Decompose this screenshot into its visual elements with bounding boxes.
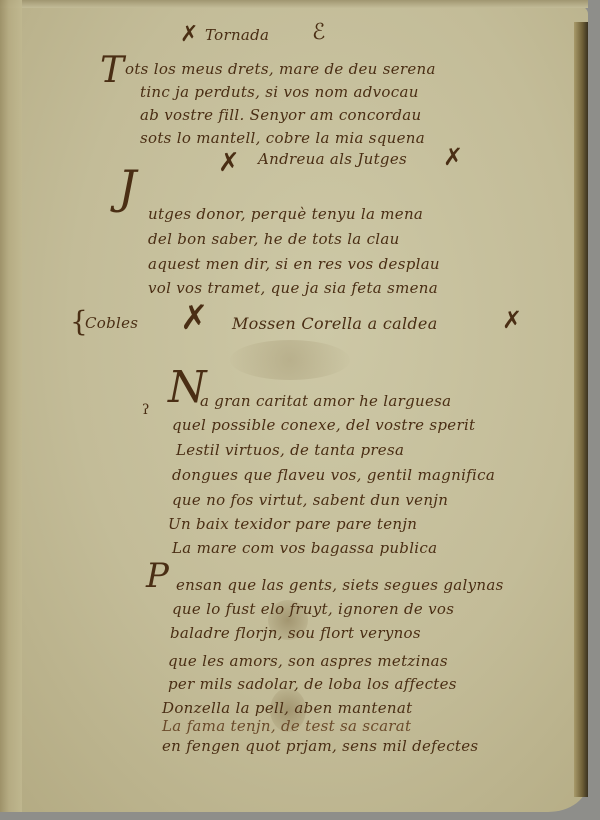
- verse-line: sots lo mantell, cobre la mia squena: [140, 129, 425, 147]
- rubric-flourish-icon: ✗: [180, 298, 209, 338]
- verse-line: que lo fust elo fruyt, ignoren de vos: [172, 600, 454, 618]
- show-through-stain: [230, 340, 350, 380]
- rubric-flourish-icon: ✗: [180, 22, 198, 47]
- verse-line: que no fos virtut, sabent dun venjn: [172, 491, 448, 509]
- verse-line: ab vostre fill. Senyor am concordau: [140, 106, 421, 124]
- verse-line: a gran caritat amor he larguesa: [200, 392, 451, 410]
- rubric-flourish-icon: ✗: [443, 143, 463, 171]
- verse-line: Donzella la pell, aben mantenat: [162, 699, 412, 717]
- verse-line: en fengen quot prjam, sens mil defectes: [162, 737, 478, 755]
- initial-letter: P: [146, 556, 169, 596]
- rubric-heading: Mossen Corella a caldea: [232, 314, 438, 333]
- verse-line: dongues que flaveu vos, gentil magnifica: [172, 466, 495, 484]
- verse-line: La fama tenjn, de test sa scarat: [162, 717, 411, 735]
- rubric-flourish-icon: ✗: [502, 306, 522, 334]
- rubric-flourish-icon: ✗: [218, 148, 240, 178]
- verse-line: ots los meus drets, mare de deu serena: [125, 60, 436, 78]
- verse-line: tinc ja perduts, si vos nom advocau: [140, 83, 419, 101]
- verse-line: quel possible conexe, del vostre sperit: [172, 416, 475, 434]
- margin-mark-icon: ʔ: [142, 402, 150, 418]
- initial-letter: J: [118, 160, 136, 214]
- verse-line: del bon saber, he de tots la clau: [148, 230, 400, 248]
- verse-line: baladre florjn, sou flort verynos: [170, 624, 421, 642]
- verse-line: per mils sadolar, de loba los affectes: [168, 675, 457, 693]
- verse-line: aquest men dir, si en res vos desplau: [148, 255, 440, 273]
- margin-label: Cobles: [85, 314, 138, 332]
- verse-line: ensan que las gents, siets segues galyna…: [176, 576, 504, 594]
- verse-line: Lestil virtuos, de tanta presa: [176, 441, 404, 459]
- verse-line: La mare com vos bagassa publica: [172, 539, 437, 557]
- page-left-edge: [0, 0, 22, 812]
- verse-line: que les amors, son aspres metzinas: [168, 652, 448, 670]
- manuscript-page: ✗ Tornada ℰ T ots los meus drets, mare d…: [0, 0, 588, 812]
- rubric-heading: Tornada: [205, 26, 269, 44]
- verse-line: utges donor, perquè tenyu la mena: [148, 205, 423, 223]
- page-top-edge: [0, 0, 588, 8]
- rubric-flourish-icon: ℰ: [312, 20, 325, 45]
- rubric-heading: Andreua als Jutges: [258, 150, 407, 168]
- verse-line: Un baix texidor pare pare tenjn: [168, 515, 417, 533]
- verse-line: vol vos tramet, que ja sia feta smena: [148, 279, 438, 297]
- book-spine-shadow: [574, 22, 588, 797]
- initial-letter: T: [100, 50, 124, 91]
